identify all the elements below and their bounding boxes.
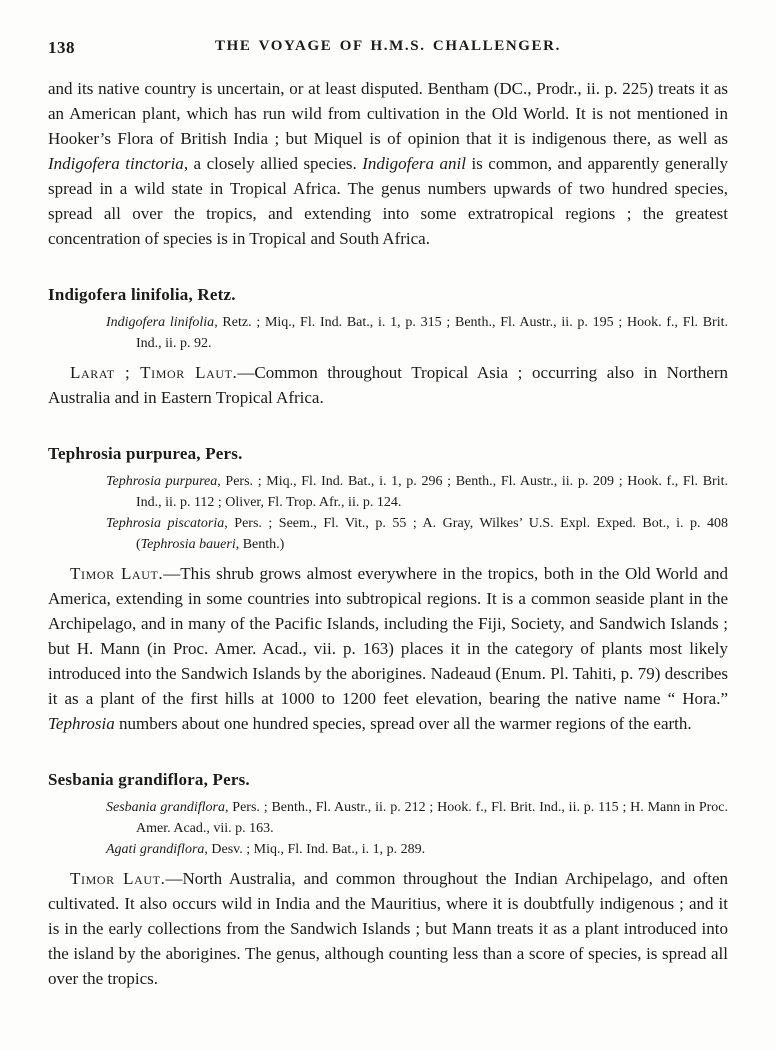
citation-line: Indigofera linifolia, Retz. ; Miq., Fl. … xyxy=(106,312,728,354)
citation-block: Tephrosia purpurea, Pers. ; Miq., Fl. In… xyxy=(48,471,728,555)
section-body: Timor Laut.—North Australia, and common … xyxy=(48,866,728,991)
citation-line: Agati grandiflora, Desv. ; Miq., Fl. Ind… xyxy=(106,839,728,860)
citation-block: Sesbania grandiflora, Pers. ; Benth., Fl… xyxy=(48,797,728,860)
section-heading: Sesbania grandiflora, Pers. xyxy=(48,770,728,790)
running-title: THE VOYAGE OF H.M.S. CHALLENGER. xyxy=(48,38,728,55)
section-tephrosia-purpurea: Tephrosia purpurea, Pers. Tephrosia purp… xyxy=(48,444,728,736)
book-page: 138 THE VOYAGE OF H.M.S. CHALLENGER. and… xyxy=(0,0,776,1050)
section-indigofera-linifolia: Indigofera linifolia, Retz. Indigofera l… xyxy=(48,285,728,410)
section-sesbania-grandiflora: Sesbania grandiflora, Pers. Sesbania gra… xyxy=(48,770,728,991)
intro-paragraph: and its native country is uncertain, or … xyxy=(48,76,728,251)
section-body: Timor Laut.—This shrub grows almost ever… xyxy=(48,561,728,736)
citation-block: Indigofera linifolia, Retz. ; Miq., Fl. … xyxy=(48,312,728,354)
page-number: 138 xyxy=(48,38,75,58)
citation-line: Tephrosia piscatoria, Pers. ; Seem., Fl.… xyxy=(106,513,728,555)
running-head: 138 THE VOYAGE OF H.M.S. CHALLENGER. xyxy=(48,38,728,62)
citation-line: Tephrosia purpurea, Pers. ; Miq., Fl. In… xyxy=(106,471,728,513)
section-body: Larat ; Timor Laut.—Common throughout Tr… xyxy=(48,360,728,410)
section-heading: Indigofera linifolia, Retz. xyxy=(48,285,728,305)
citation-line: Sesbania grandiflora, Pers. ; Benth., Fl… xyxy=(106,797,728,839)
section-heading: Tephrosia purpurea, Pers. xyxy=(48,444,728,464)
